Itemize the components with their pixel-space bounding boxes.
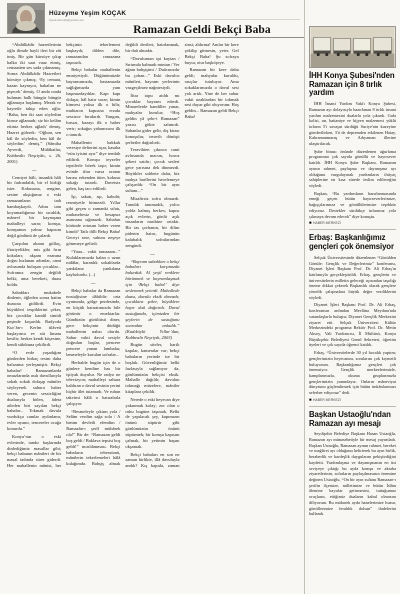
aid-trucks-photo xyxy=(309,26,396,68)
article-paragraph: Teravihten çıkınca cami avlusunda macun,… xyxy=(125,147,179,194)
article-paragraph: — xyxy=(66,280,120,286)
author-photo xyxy=(7,3,45,34)
end-square-icon: ■ xyxy=(309,398,312,402)
main-article-body: “Abdülkâdir hazretlerinin oğlu ilimde ha… xyxy=(0,38,304,470)
article-paragraph: Bekçi babalar da Ramazan nostaljisine dâ… xyxy=(66,288,120,358)
sidebar-paragraph: Şube binası önünde düzenlenen uğurlama p… xyxy=(309,149,396,189)
article-paragraph: Nerede o eski heyecan diye yakınmak kola… xyxy=(125,397,179,450)
sidebar-article-body: İHH İnsani Yardım Vakfı Konya Şubesi, Ra… xyxy=(309,101,396,219)
newspaper-page: Hüzeyme Yeşim KOÇAK hyesimkocak@gmail.co… xyxy=(0,0,400,594)
sidebar-paragraph: Seydişehir Belediye Başkanı Hasan Ustaoğ… xyxy=(309,431,396,517)
end-square-icon: ■ xyxy=(309,221,312,225)
article-paragraph: “O evde yaşadığım günlerden birkaç resim… xyxy=(7,350,61,432)
main-headline: Ramazan Geldi Bekçi Baba xyxy=(104,19,300,36)
article-paragraph: Cemiyet hâli, insanlık hâli bir farkında… xyxy=(7,175,61,239)
article-paragraph: Herhalde bugün için de o günlere kendine… xyxy=(66,360,120,407)
article-paragraph: Ramazan bir kere daha geldi; mahyalar ku… xyxy=(185,67,239,120)
article-paragraph: Misafirsiz sofra olmazdı. Tanıdık tanıma… xyxy=(125,196,179,249)
sidebar-paragraph: Selçuk Üniversitesinde düzenlenen “Gönül… xyxy=(309,255,396,301)
sidebar-headline-erbas: Erbaş: Başkanlığımız gençleri çok önemsi… xyxy=(309,234,396,251)
main-section: Hüzeyme Yeşim KOÇAK hyesimkocak@gmail.co… xyxy=(0,0,304,594)
article-paragraph: İşi, sakatı, aşı, kabulü; resmiyetle bit… xyxy=(66,194,120,247)
article-paragraph: — xyxy=(125,251,179,257)
article-paragraph: Sabahları mukabele dinlenir, öğleden son… xyxy=(7,290,61,348)
endmark-label: HABER MERKEZİ xyxy=(313,398,341,402)
article-paragraph: “Abdülkâdir hazretlerinin oğlu ilimde ha… xyxy=(7,42,61,165)
sidebar-article-erbas: Erbaş: Başkanlığımız gençleri çok önemsi… xyxy=(309,234,396,402)
sidebar-article-ihh: İHH Konya Şubesi'nden Ramazan için 8 tır… xyxy=(309,26,396,225)
article-paragraph: Çarşıdan alınan güllaç, iftariyelikler, … xyxy=(7,241,61,288)
article-paragraph: Mahallenin bakkalı veresiye defterini aç… xyxy=(66,140,120,193)
endmark: ■ HABER MERKEZİ xyxy=(309,398,396,402)
article-separator xyxy=(309,229,396,230)
page-header: Hüzeyme Yeşim KOÇAK hyesimkocak@gmail.co… xyxy=(0,0,304,38)
article-paragraph: “Bayram sabahları o bekçi babaları karşı… xyxy=(125,259,179,341)
article-paragraph: — xyxy=(7,167,61,173)
sidebar-article-body: Selçuk Üniversitesinde düzenlenen “Gönül… xyxy=(309,255,396,396)
endmark: ■ HABER MERKEZİ xyxy=(309,221,396,225)
sidebar-paragraph: Başkan, “Bu yardımların hazırlanmasında … xyxy=(309,191,396,220)
sidebar-article-ustaoglu: Başkan Ustaoğlu'ndan Ramazan ayı mesajı … xyxy=(309,411,396,517)
sidebar-headline-ustaoglu: Başkan Ustaoğlu'ndan Ramazan ayı mesajı xyxy=(309,411,396,428)
sidebar-paragraph: Erbaş, “Üniversitelerde 30 yıl hocalık y… xyxy=(309,350,396,396)
sidebar-paragraph: İHH İnsani Yardım Vakfı Konya Şubesi, Ra… xyxy=(309,101,396,147)
article-paragraph: “Davulumun ipi kaytan / Sırtımda kalmadı… xyxy=(125,56,179,91)
article-separator xyxy=(309,406,396,407)
article-paragraph: “Yaaa... vakit tamaaam...” Kulaklarımızd… xyxy=(66,249,120,278)
author-name: Hüzeyme Yeşim KOÇAK xyxy=(49,10,126,17)
sidebar-article-body: Seydişehir Belediye Başkanı Hasan Ustaoğ… xyxy=(309,431,396,517)
endmark-label: HABER MERKEZİ xyxy=(313,221,341,225)
article-paragraph: Bekçi babalar mahallenin emniyetiydi. Dü… xyxy=(66,67,120,137)
sidebar-paragraph: Diyanet İşleri Başkanı Prof. Dr. Ali Erb… xyxy=(309,302,396,348)
sidebar-headline-ihh: İHH Konya Şubesi'nden Ramazan için 8 tır… xyxy=(309,72,396,98)
article-paragraph: İftar topu atıldı mı çocuklar bayram ede… xyxy=(125,93,179,146)
sidebar: İHH Konya Şubesi'nden Ramazan için 8 tır… xyxy=(304,0,400,594)
article-paragraph: Bugün siteler, kartlı kapılar, kameralar… xyxy=(125,342,179,395)
